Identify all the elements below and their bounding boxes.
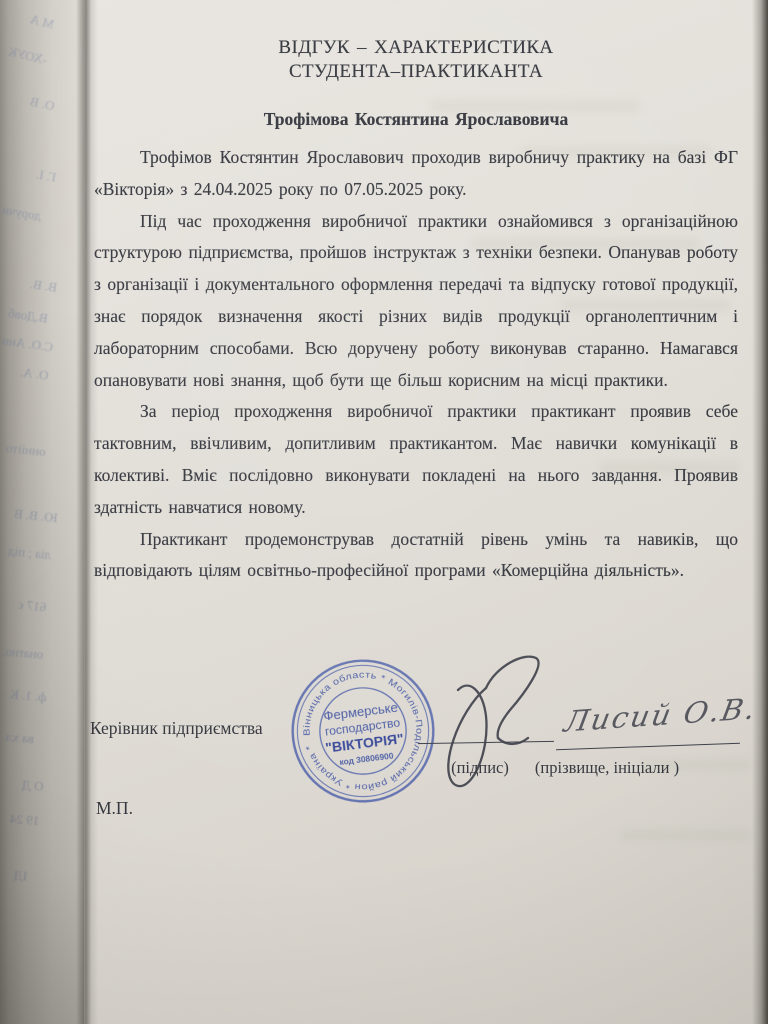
edge-fragment: О. В [29, 94, 56, 115]
edge-fragment: Г. І. [35, 166, 58, 185]
handwritten-surname: Лисий О.В. [562, 691, 760, 738]
edge-fragment: -ХОУК [7, 44, 49, 68]
edge-fragment: 617 є [17, 597, 47, 616]
edge-fragment: О Д [21, 777, 44, 794]
edge-fragment: С.О. Анн [1, 333, 54, 356]
paragraph-internship-period: Трофімов Костянтин Ярославович проходив … [94, 142, 738, 206]
underlying-pages-edge: М А-ХОУКО. ВГ. І.доручнВ. В.В.ДовбС.О. А… [0, 0, 84, 1024]
surname-line [556, 743, 740, 750]
surname-caption: (прізвище, ініціали ) [512, 758, 702, 778]
title-line-2: СТУДЕНТА–ПРАКТИКАНТА [289, 61, 543, 82]
edge-fragment: ва хл [5, 729, 34, 747]
edge-fragment: онатно, [1, 643, 44, 663]
edge-fragment: О. А. [19, 364, 49, 384]
photo-right-edge-shadow [752, 0, 768, 1024]
student-name: Трофімова Костянтина Ярославовича [94, 108, 738, 130]
edge-fragment: доручн [1, 202, 43, 225]
paragraph-personal-qualities: За період проходження виробничої практик… [94, 396, 738, 523]
title-line-1: ВІДГУК – ХАРАКТЕРИСТИКА [278, 37, 553, 58]
edge-fragment: ліа ; під [7, 543, 52, 563]
seal-place-note: М.П. [96, 798, 133, 819]
edge-fragment: М А [28, 11, 56, 33]
paragraph-duties: Під час проходження виробничої практики … [94, 206, 738, 397]
leader-label: Керівник підприємства [90, 718, 263, 739]
edge-fragment: 19 24 [9, 811, 39, 829]
photographed-document-page: М А-ХОУКО. ВГ. І.доручнВ. В.В.ДовбС.О. А… [0, 0, 768, 1024]
document-body: ВІДГУК – ХАРАКТЕРИСТИКА СТУДЕНТА–ПРАКТИК… [94, 36, 738, 587]
paragraph-conclusion: Практикант продемонстрував достатній рів… [94, 524, 738, 588]
bleedthrough-smudge [620, 830, 750, 840]
edge-fragment: ІД [13, 868, 27, 885]
edge-fragment: Ю. В. В [13, 506, 58, 526]
edge-fragment: ф. 1. К [9, 686, 47, 705]
edge-fragment: В.Довб [7, 305, 49, 326]
document-title: ВІДГУК – ХАРАКТЕРИСТИКА СТУДЕНТА–ПРАКТИК… [94, 36, 738, 84]
edge-fragment: оннііто [5, 440, 46, 460]
edge-fragment: В. В. [29, 276, 58, 296]
